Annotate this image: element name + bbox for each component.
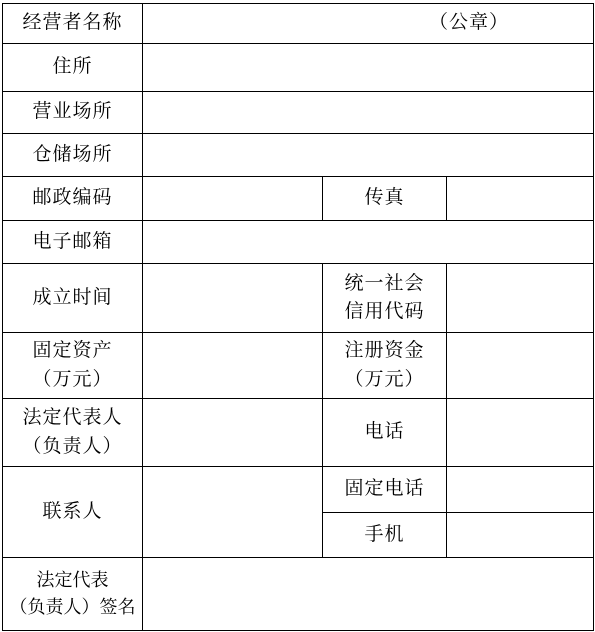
establishment-date-value-cell[interactable] <box>143 264 323 333</box>
business-premises-label: 营业场所 <box>3 92 143 134</box>
operator-name-label: 经营者名称 <box>3 4 143 44</box>
company-seal-note: （公章） <box>429 12 509 33</box>
legal-rep-signature-value-cell[interactable] <box>143 558 594 631</box>
row-establishment-credit-code: 成立时间 统一社会 信用代码 <box>3 264 594 333</box>
business-operator-form-table: 经营者名称 （公章） 住所 营业场所 仓储场所 邮政编码 传真 电子邮箱 成立时… <box>2 3 594 631</box>
residence-value-cell[interactable] <box>143 44 594 92</box>
legal-representative-label: 法定代表人 （负责人） <box>3 399 143 467</box>
legal-rep-signature-label: 法定代表 （负责人）签名 <box>3 558 143 631</box>
unified-social-credit-code-value-cell[interactable] <box>447 264 594 333</box>
legal-representative-value-cell[interactable] <box>143 399 323 467</box>
unified-social-credit-code-label: 统一社会 信用代码 <box>323 264 447 333</box>
email-value-cell[interactable] <box>143 221 594 264</box>
fixed-assets-value-cell[interactable] <box>143 333 323 399</box>
row-storage-premises: 仓储场所 <box>3 134 594 177</box>
row-email: 电子邮箱 <box>3 221 594 264</box>
fax-value-cell[interactable] <box>447 177 594 221</box>
mobile-phone-value-cell[interactable] <box>447 513 594 558</box>
operator-name-value-cell[interactable]: （公章） <box>143 4 594 44</box>
contact-person-value-cell[interactable] <box>143 467 323 558</box>
establishment-date-label: 成立时间 <box>3 264 143 333</box>
row-postal-code-fax: 邮政编码 传真 <box>3 177 594 221</box>
business-premises-value-cell[interactable] <box>143 92 594 134</box>
mobile-phone-label: 手机 <box>323 513 447 558</box>
registered-capital-label: 注册资金 （万元） <box>323 333 447 399</box>
row-legal-representative-phone: 法定代表人 （负责人） 电话 <box>3 399 594 467</box>
contact-person-label: 联系人 <box>3 467 143 558</box>
storage-premises-value-cell[interactable] <box>143 134 594 177</box>
phone-value-cell[interactable] <box>447 399 594 467</box>
registered-capital-value-cell[interactable] <box>447 333 594 399</box>
row-business-premises: 营业场所 <box>3 92 594 134</box>
residence-label: 住所 <box>3 44 143 92</box>
fixed-assets-label: 固定资产 （万元） <box>3 333 143 399</box>
email-label: 电子邮箱 <box>3 221 143 264</box>
postal-code-label: 邮政编码 <box>3 177 143 221</box>
row-signature: 法定代表 （负责人）签名 <box>3 558 594 631</box>
row-assets-capital: 固定资产 （万元） 注册资金 （万元） <box>3 333 594 399</box>
landline-phone-label: 固定电话 <box>323 467 447 513</box>
landline-phone-value-cell[interactable] <box>447 467 594 513</box>
storage-premises-label: 仓储场所 <box>3 134 143 177</box>
fax-label: 传真 <box>323 177 447 221</box>
row-contact-landline: 联系人 固定电话 <box>3 467 594 513</box>
phone-label: 电话 <box>323 399 447 467</box>
row-operator-name: 经营者名称 （公章） <box>3 4 594 44</box>
row-residence: 住所 <box>3 44 594 92</box>
postal-code-value-cell[interactable] <box>143 177 323 221</box>
